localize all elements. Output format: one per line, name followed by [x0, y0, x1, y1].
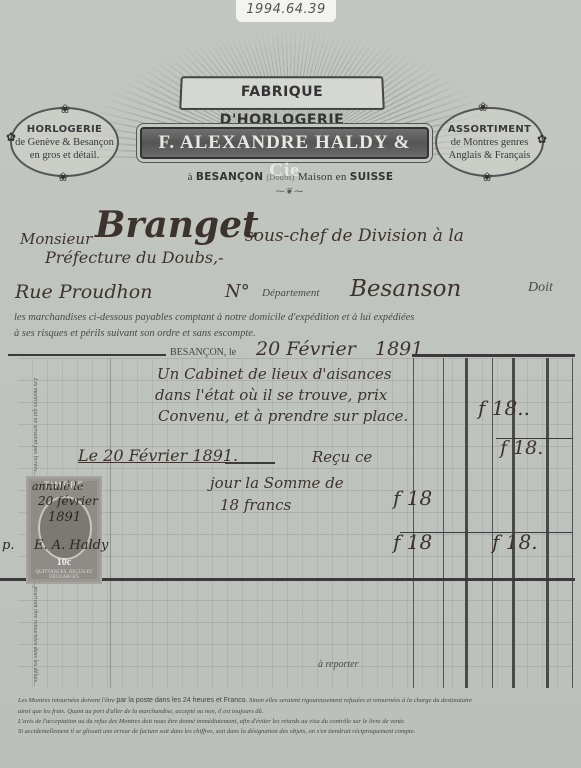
footer-line1-a: Les Montres retournées doivent l'être — [18, 697, 115, 704]
flower-ornament-icon: ✿ — [537, 132, 547, 147]
owes-label: Doit — [528, 280, 553, 296]
carry-forward-label: à reporter — [318, 659, 358, 670]
flower-ornament-icon: ❀ — [478, 100, 488, 115]
footer-line1: Les Montres retournées doivent l'être pa… — [18, 697, 472, 704]
item-description-line3: Convenu, et à prendre sur place. — [158, 407, 408, 425]
left-medallion-title: HORLOGERIE — [12, 123, 117, 136]
receipt-date: Le 20 Février 1891. — [78, 446, 238, 465]
right-medallion: ASSORTIMENT de Montres genres Anglais & … — [435, 107, 544, 177]
scroll-ornament-icon: ⁓❦⁓ — [240, 186, 340, 197]
left-medallion-line1: de Genève & Besançon — [12, 136, 117, 149]
side-note-upper: Les montres qui ne seraient pas livrées.… — [32, 378, 38, 476]
receipt-text-line1: Reçu ce — [312, 448, 372, 466]
date-rule-right — [412, 354, 575, 357]
footer-line1-b: par la poste dans les 24 heures et Franc… — [116, 697, 247, 704]
right-medallion-title: ASSORTIMENT — [437, 123, 542, 136]
terms-line2: à ses risques et périls suivant son ordr… — [14, 328, 256, 339]
right-medallion-line1: de Montres genres — [437, 136, 542, 149]
date-place-label: BESANÇON, le — [170, 347, 236, 358]
flower-ornament-icon: ✿ — [6, 130, 16, 145]
department-label: Département — [262, 287, 319, 299]
left-medallion-line2: en gros et détail. — [12, 149, 117, 162]
addressee-city: Besanson — [350, 276, 461, 302]
item-amount: f 18.. — [478, 396, 530, 420]
catalog-number-tag: 1994.64.39 — [236, 0, 336, 22]
footer-line3: L'avis de l'acceptation ou du refus des … — [18, 718, 405, 725]
side-note-lower: ...pourront être retournées dans les dél… — [32, 582, 38, 687]
number-label: N° — [225, 281, 250, 302]
stamp-cancel-line2: 20 février — [38, 494, 98, 508]
item-description-line1: Un Cabinet de lieux d'aisances — [157, 365, 392, 383]
banner-fabrique-horlogerie: FABRIQUE D'HORLOGERIE — [179, 76, 385, 110]
column-divider — [572, 358, 573, 688]
item-description-line2: dans l'état où il se trouve, prix — [155, 386, 387, 404]
terms-line1: les marchandises ci-dessous payables com… — [14, 312, 414, 323]
stamp-cancel-line1: annulé le — [32, 480, 83, 493]
addressee-title: sous-chef de Division à la — [245, 226, 464, 246]
footer-line4: Si accidentellement il se glissait une e… — [18, 728, 415, 735]
footer-line2: ainsi que les frais. Quant au port d'all… — [18, 708, 263, 715]
signature-prefix: p. — [2, 538, 14, 553]
signature: E. A. Haldy — [34, 538, 108, 553]
stamp-cancel-line3: 1891 — [48, 510, 81, 525]
stamp-bottom-label: QUITTANCES, REÇUS ET DÉCHARGES — [28, 570, 100, 580]
receipt-text-line2: jour la Somme de — [210, 474, 344, 492]
margin-line — [110, 358, 111, 688]
stamp-value: 10c — [28, 557, 100, 568]
column-divider — [413, 358, 414, 688]
branch-text: Maison en — [298, 171, 347, 183]
salutation: Monsieur — [20, 230, 92, 248]
date-rule-left — [8, 354, 166, 356]
addressee-name: Branget — [95, 204, 259, 246]
receipt-rule — [225, 462, 275, 464]
flower-ornament-icon: ❀ — [60, 102, 70, 117]
location-line: à BESANÇON (Doubs) Maison en SUISSE — [0, 171, 581, 183]
receipt-text-line3: 18 francs — [220, 496, 291, 514]
location-prefix: à — [188, 171, 193, 183]
addressee-street: Rue Proudhon — [15, 281, 152, 303]
branch-country: SUISSE — [350, 171, 394, 183]
company-name-banner: F. ALEXANDRE HALDY & Cie — [140, 127, 429, 159]
item-subtotal: f 18. — [500, 437, 543, 459]
addressee-title-line2: Préfecture du Doubs,- — [45, 248, 224, 267]
receipt-amount1: f 18 — [393, 486, 432, 510]
column-divider — [443, 358, 444, 688]
invoice-date: 20 Février — [256, 338, 356, 360]
footer-line1-c: Sinon elles seraient rigoureusement refu… — [249, 697, 472, 704]
letterhead-department: (Doubs) — [266, 173, 294, 182]
right-medallion-line2: Anglais & Français — [437, 149, 542, 162]
letterhead-city: BESANÇON — [196, 171, 263, 183]
receipt-total: f 18. — [492, 530, 538, 554]
receipt-amount2: f 18 — [393, 530, 432, 554]
column-divider — [546, 358, 549, 688]
left-medallion: HORLOGERIE de Genève & Besançon en gros … — [10, 107, 119, 177]
column-divider — [465, 358, 468, 688]
